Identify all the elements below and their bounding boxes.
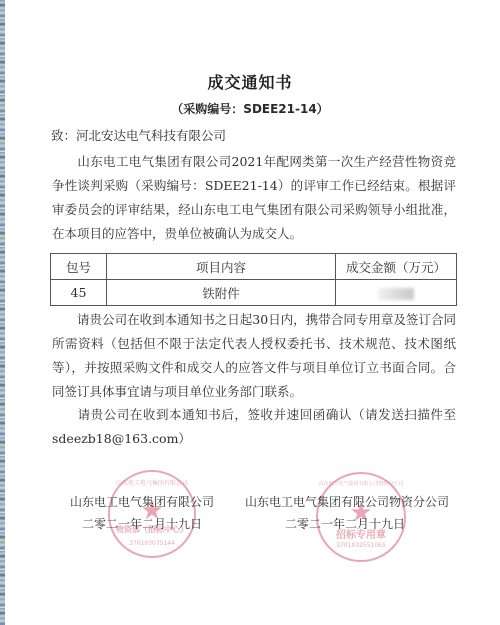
signatory-left-org: 山东电工电气集团有限公司 [70,493,214,510]
award-table: 包号 项目内容 成交金额（万元） 45 铁附件 [redacted] [50,253,457,306]
recipient-line: 致：河北安达电气科技有限公司 [51,126,226,144]
header-package-no: 包号 [51,254,107,280]
document-title: 成交通知书 [0,70,500,93]
signatory-right-org: 山东电工电气集团有限公司物资分公司 [245,493,449,510]
official-seal-left: 山东电工电气集团有限公司 ★ 物资部（招标中心） 370103075144 [108,470,196,558]
cell-award-amount: [redacted] [336,280,457,306]
seal-top-text: 山东电工电气集团有限公司物资分公司 [318,480,404,487]
redacted-amount: [redacted] [378,288,414,300]
seal-serial: 370103075144 [110,540,194,547]
table-row: 45 铁附件 [redacted] [51,280,457,306]
paragraph-text: 请贵公司在收到本通知书之日起30日内，携带合同专用章及签订合同所需资料（包括但不… [52,312,456,399]
cell-package-no: 45 [51,280,107,306]
signatory-left-date: 二零二一年二月十九日 [82,515,202,532]
paragraph-evaluation-result: 山东电工电气集团有限公司2021年配网类第一次生产经营性物资竞争性谈判采购（采购… [52,150,456,246]
header-award-amount: 成交金额（万元） [336,254,457,280]
paragraph-confirmation-request: 请贵公司在收到本通知书后，签收并速回函确认（请发送扫描件至sdeezb18@16… [52,403,456,451]
cell-project-content: 铁附件 [107,280,336,306]
seal-top-text: 山东电工电气集团有限公司 [110,478,194,487]
seal-serial: 3701032551065 [318,542,404,549]
paragraph-text: 山东电工电气集团有限公司2021年配网类第一次生产经营性物资竞争性谈判采购（采购… [52,154,456,241]
table-header-row: 包号 项目内容 成交金额（万元） [51,254,457,280]
paragraph-text: 请贵公司在收到本通知书后，签收并速回函确认（请发送扫描件至sdeezb18@16… [52,407,456,446]
signatory-right-date: 二零二一年二月十九日 [285,515,405,532]
notice-document: 成交通知书 （采购编号：SDEE21-14） 致：河北安达电气科技有限公司 山东… [0,0,500,625]
paragraph-contract-instructions: 请贵公司在收到本通知书之日起30日内，携带合同专用章及签订合同所需资料（包括但不… [52,308,456,404]
header-project-content: 项目内容 [107,254,336,280]
procurement-number: （采购编号：SDEE21-14） [0,100,500,117]
